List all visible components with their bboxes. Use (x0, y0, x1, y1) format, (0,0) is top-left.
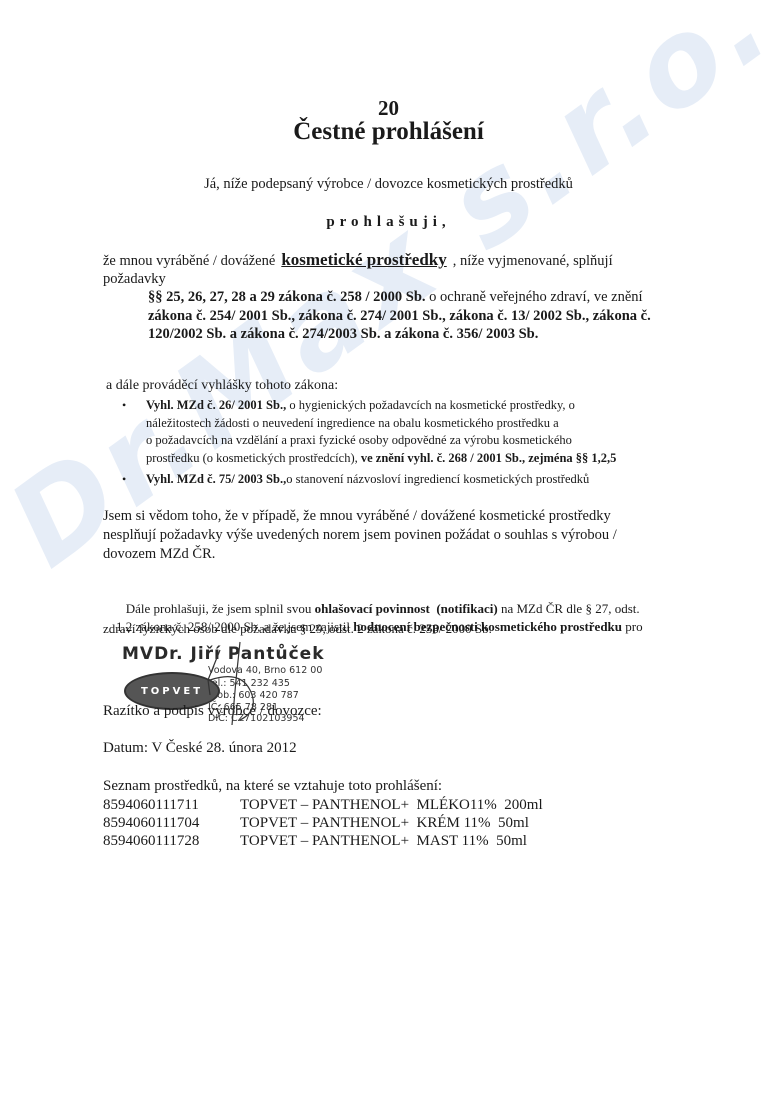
document-title: Čestné prohlášení (0, 118, 777, 146)
declaration-word: prohlašuji, (0, 214, 777, 231)
p1-pre: že mnou vyráběné / dovážené (103, 253, 275, 269)
regulations-intro: a dále prováděcí vyhlášky tohoto zákona: (106, 378, 338, 394)
laws-line-1-normal: o ochraně veřejného zdraví, ve znění (426, 289, 643, 305)
regulation-2-line-1: Vyhl. MZd č. 75/ 2003 Sb.,o stanovení ná… (146, 472, 589, 487)
laws-line-3: 120/2002 Sb. a zákona č. 274/2003 Sb. a … (148, 326, 538, 343)
bullet-icon: • (122, 398, 126, 413)
product-name: TOPVET – PANTHENOL+ MAST 11% 50ml (240, 833, 527, 850)
laws-line-2: zákona č. 254/ 2001 Sb., zákona č. 274/ … (148, 308, 651, 325)
product-name: TOPVET – PANTHENOL+ MLÉKO11% 200ml (240, 797, 543, 814)
regulation-1-line-4-normal: prostředku (o kosmetických prostředcích)… (146, 451, 361, 465)
paragraph-3-line-3: dovozem MZd ČR. (103, 546, 215, 563)
paragraph-4-line-3: zdraví fyzických osob dle požadavku § 29… (103, 621, 492, 637)
regulation-1-line-3: o požadavcích na vzdělání a praxi fyzick… (146, 433, 572, 448)
regulation-1-title: Vyhl. MZd č. 26/ 2001 Sb., (146, 398, 286, 412)
product-name: TOPVET – PANTHENOL+ KRÉM 11% 50ml (240, 815, 529, 832)
p1-emphasis: kosmetické prostředky (281, 250, 446, 269)
intro-line: Já, níže podepsaný výrobce / dovozce kos… (0, 176, 777, 193)
regulation-2-text: o stanovení názvosloví ingrediencí kosme… (286, 472, 589, 486)
laws-line-1: §§ 25, 26, 27, 28 a 29 zákona č. 258 / 2… (148, 289, 643, 306)
regulation-1-line-2: náležitostech žádosti o neuvedení ingred… (146, 416, 559, 431)
date-line: Datum: V České 28. února 2012 (103, 740, 297, 757)
paragraph-1-line-1: že mnou vyráběné / dováženékosmetické pr… (103, 250, 613, 270)
p4-l2-c: pro (622, 619, 643, 634)
regulation-1-line-4-bold: ve znění vyhl. č. 268 / 2001 Sb., zejmén… (361, 451, 617, 465)
product-code: 8594060111711 (103, 797, 199, 814)
regulation-1-text: o hygienických požadavcích na kosmetické… (286, 398, 575, 412)
product-code: 8594060111704 (103, 815, 199, 832)
regulation-1-line-1: Vyhl. MZd č. 26/ 2001 Sb., o hygienickýc… (146, 398, 575, 413)
document-page: 20 Čestné prohlášení Já, níže podepsaný … (0, 0, 777, 1100)
bullet-icon: • (122, 472, 126, 487)
regulation-2-title: Vyhl. MZd č. 75/ 2003 Sb., (146, 472, 286, 486)
paragraph-3-line-2: nesplňují požadavky výše uvedených norem… (103, 527, 617, 544)
product-code: 8594060111728 (103, 833, 199, 850)
paragraph-1-line-2: požadavky (103, 271, 166, 288)
products-intro: Seznam prostředků, na které se vztahuje … (103, 778, 442, 795)
p1-post: , níže vyjmenované, splňují (453, 253, 613, 269)
signature-icon (180, 640, 300, 730)
regulation-1-line-4: prostředku (o kosmetických prostředcích)… (146, 451, 616, 466)
laws-line-1-bold: §§ 25, 26, 27, 28 a 29 zákona č. 258 / 2… (148, 289, 426, 305)
paragraph-3-line-1: Jsem si vědom toho, že v případě, že mno… (103, 508, 611, 525)
